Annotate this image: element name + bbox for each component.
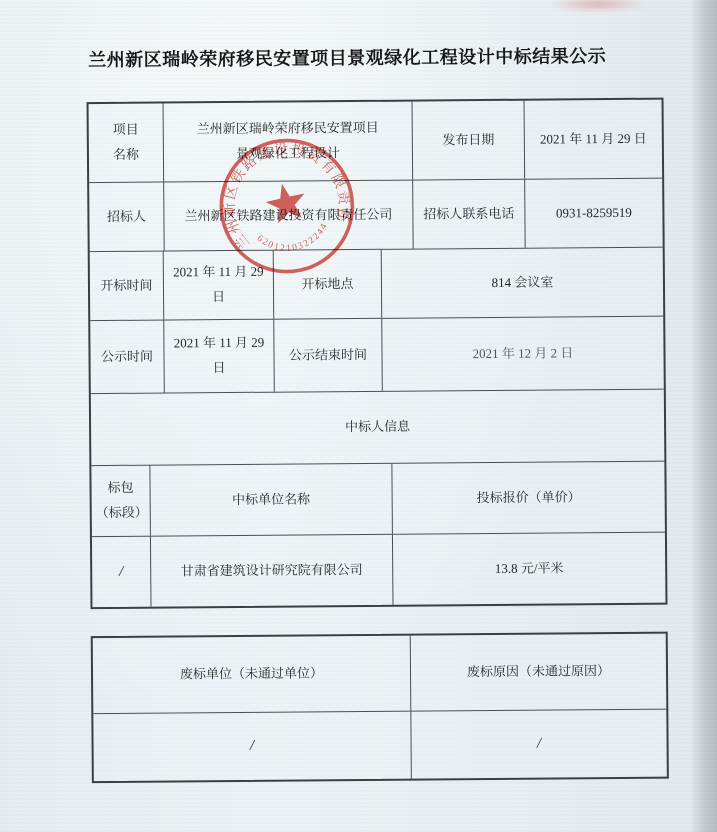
publish-date-value: 2021 年 11 月 29 日 (525, 100, 663, 179)
bid-price-column-header: 投标报价（单价） (392, 462, 665, 534)
reject-data-row: / / (93, 710, 667, 781)
rejected-bids-table: 废标单位（未通过单位） 废标原因（未通过原因） / / (91, 632, 669, 784)
table-row: 项目 名称 兰州新区瑞岭荣府移民安置项目 景观绿化工程设计 发布日期 2021 … (89, 100, 663, 183)
winner-name-value: 甘肃省建筑设计研究院有限公司 (151, 535, 394, 607)
publicity-time-label: 公示时间 (90, 321, 165, 394)
seal-star-icon (263, 179, 310, 224)
company-seal: 兰州新区铁路建设投资有限责任公司 6201210322244 (204, 123, 370, 289)
publicity-end-label: 公示结束时间 (274, 319, 383, 392)
winner-info-section-title: 中标人信息 (91, 390, 665, 465)
rejected-reason-value: / (411, 710, 667, 779)
table-row: 招标人 兰州新区铁路建设投资有限责任公司 招标人联系电话 0931-825951… (89, 179, 663, 252)
scanned-page: 兰州新区瑞岭荣府移民安置项目景观绿化工程设计中标结果公示 项目 名称 兰州新区瑞… (0, 0, 717, 832)
publicity-time-value: 2021 年 11 月 29 日 (164, 320, 275, 393)
rejected-reason-header: 废标原因（未通过原因） (411, 634, 667, 711)
rejected-unit-value: / (93, 712, 412, 781)
tenderer-phone-label: 招标人联系电话 (413, 180, 526, 249)
winner-data-row: / 甘肃省建筑设计研究院有限公司 13.8 元/平米 (92, 533, 666, 607)
opening-place-value: 814 会议室 (382, 248, 664, 318)
seal-code-textpath: 6201210322244 (253, 219, 334, 262)
section-header-row: 中标人信息 (91, 390, 665, 466)
bid-info-table: 项目 名称 兰州新区瑞岭荣府移民安置项目 景观绿化工程设计 发布日期 2021 … (87, 98, 668, 610)
seal-code-text: 6201210322244 (253, 219, 334, 262)
table-row: 公示时间 2021 年 11 月 29 日 公示结束时间 2021 年 12 月… (90, 317, 664, 394)
winner-name-column-header: 中标单位名称 (150, 464, 393, 536)
document-title: 兰州新区瑞岭荣府移民安置项目景观绿化工程设计中标结果公示 (0, 41, 697, 72)
winner-header-row: 标包 （标段） 中标单位名称 投标报价（单价） (91, 462, 665, 537)
document-sheet: 兰州新区瑞岭荣府移民安置项目景观绿化工程设计中标结果公示 项目 名称 兰州新区瑞… (0, 0, 717, 832)
publicity-end-value: 2021 年 12 月 2 日 (382, 317, 664, 391)
tenderer-label: 招标人 (89, 183, 165, 252)
opening-time-label: 开标时间 (90, 252, 165, 321)
reject-header-row: 废标单位（未通过单位） 废标原因（未通过原因） (93, 634, 667, 714)
rejected-unit-header: 废标单位（未通过单位） (93, 636, 412, 713)
project-name-label: 项目 名称 (89, 104, 165, 183)
bid-price-value: 13.8 元/平米 (393, 533, 666, 605)
lot-column-header: 标包 （标段） (91, 466, 151, 536)
lot-value: / (92, 537, 152, 607)
tenderer-phone-value: 0931-8259519 (525, 179, 663, 248)
table-row: 开标时间 2021 年 11 月 29 日 开标地点 814 会议室 (90, 248, 664, 321)
publish-date-label: 发布日期 (413, 101, 526, 180)
